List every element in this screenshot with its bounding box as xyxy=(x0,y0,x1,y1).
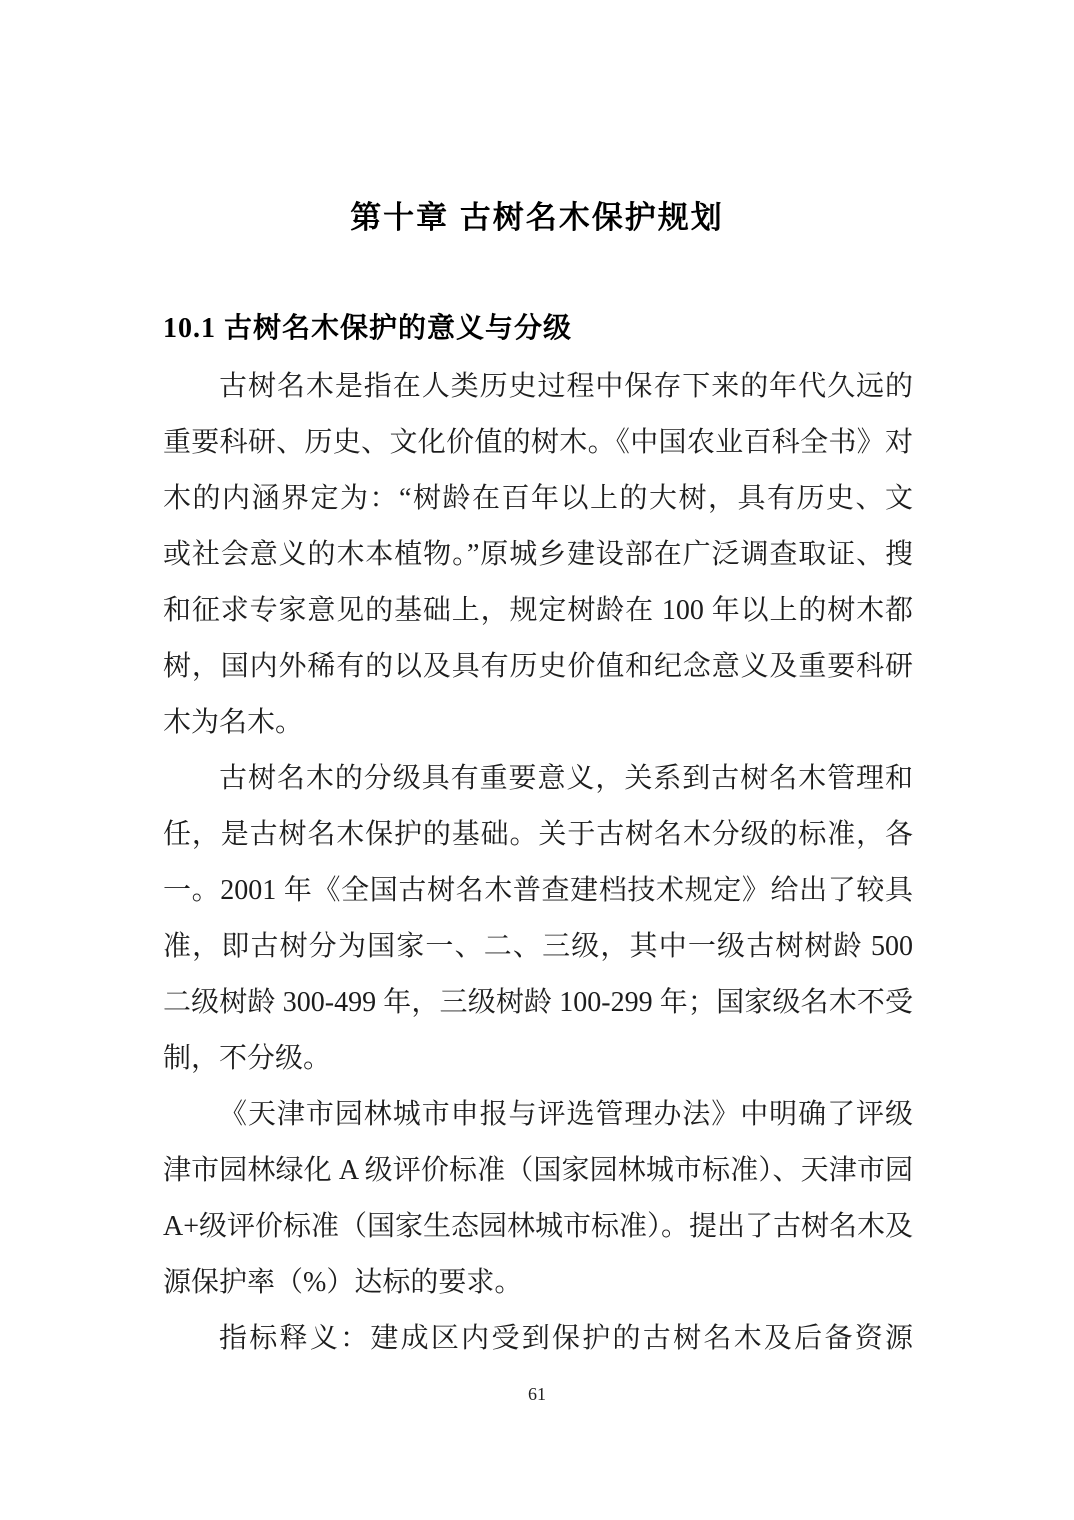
body-line: 一。2001 年《全国古树名木普查建档技术规定》给出了较具体的标 xyxy=(163,863,913,919)
body-line: A+级评价标准（国家生态园林城市标准）。提出了古树名木及后备资 xyxy=(163,1199,913,1255)
body-line: 《天津市园林城市申报与评选管理办法》中明确了评级标准，天 xyxy=(163,1087,913,1143)
body-line: 或社会意义的木本植物。”原城乡建设部在广泛调查取证、搜集资料 xyxy=(163,527,913,583)
body-line: 任，是古树名木保护的基础。关于古树名木分级的标准，各地并不统 xyxy=(163,807,913,863)
document-body: 古树名木是指在人类历史过程中保存下来的年代久远的或具有 重要科研、历史、文化价值… xyxy=(163,359,913,1367)
body-line: 树，国内外稀有的以及具有历史价值和纪念意义及重要科研价值的树 xyxy=(163,639,913,695)
body-line: 二级树龄 300-499 年，三级树龄 100-299 年；国家级名木不受年龄限 xyxy=(163,975,913,1031)
document-page: 第十章 古树名木保护规划 10.1 古树名木保护的意义与分级 古树名木是指在人类… xyxy=(0,0,1074,1520)
body-line: 源保护率（%）达标的要求。 xyxy=(163,1255,913,1311)
body-line: 制，不分级。 xyxy=(163,1031,913,1087)
body-line: 重要科研、历史、文化价值的树木。《中国农业百科全书》对古树名 xyxy=(163,415,913,471)
page-number: 61 xyxy=(0,1384,1074,1405)
body-line: 古树名木的分级具有重要意义，关系到古树名木管理和养护的责 xyxy=(163,751,913,807)
chapter-title: 第十章 古树名木保护规划 xyxy=(0,192,1074,237)
body-line: 木的内涵界定为：“树龄在百年以上的大树，具有历史、文化、科学 xyxy=(163,471,913,527)
body-line: 津市园林绿化 A 级评价标准（国家园林城市标准）、天津市园林绿化 xyxy=(163,1143,913,1199)
body-line: 和征求专家意见的基础上，规定树龄在 100 年以上的树木都可成为古 xyxy=(163,583,913,639)
body-line: 指标释义：建成区内受到保护的古树名木及后备资源（棵）占建 xyxy=(163,1311,913,1367)
body-line: 木为名木。 xyxy=(163,695,913,751)
body-line: 准，即古树分为国家一、二、三级，其中一级古树树龄 500 年以上， xyxy=(163,919,913,975)
section-heading: 10.1 古树名木保护的意义与分级 xyxy=(163,306,572,346)
body-line: 古树名木是指在人类历史过程中保存下来的年代久远的或具有 xyxy=(163,359,913,415)
